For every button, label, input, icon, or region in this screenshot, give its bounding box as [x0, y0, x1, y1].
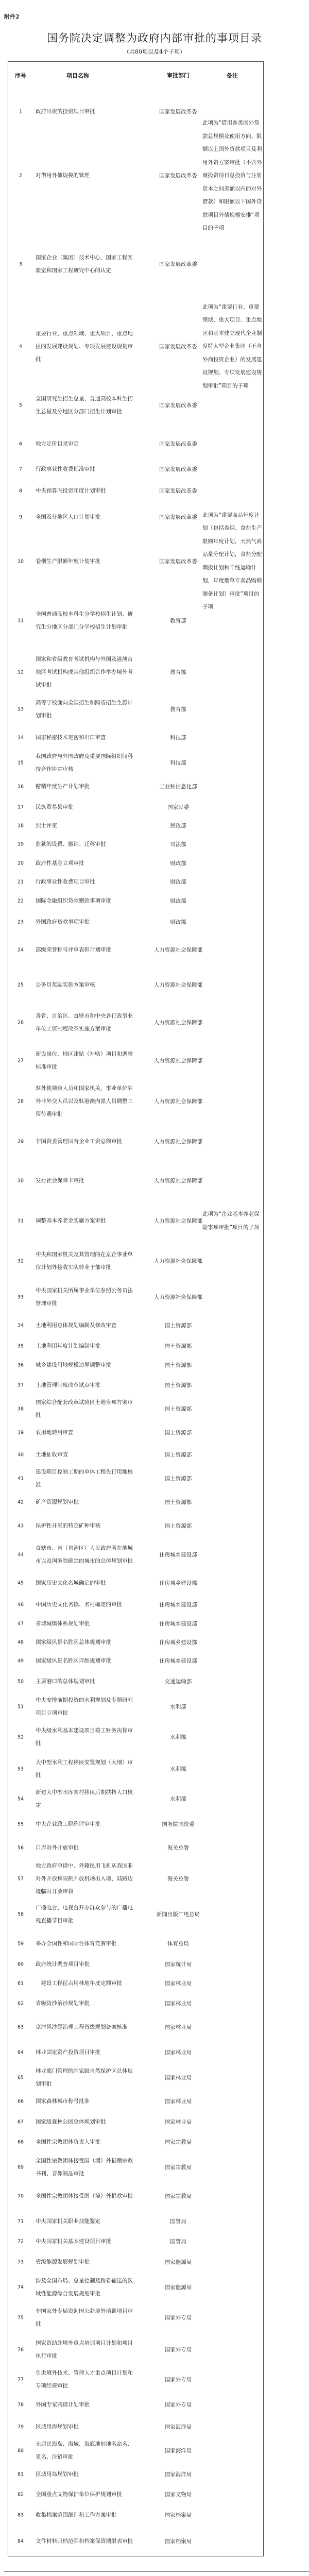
table-row: 72中央国家机关基本建设项目审批国管局	[8, 2232, 263, 2251]
table-row: 31调整基本养老金实施方案审批人力资源社会保障部此项为“企业基本养老保险事项审批…	[8, 1200, 263, 1242]
item-name: 国际金融组织贷款赠款事项审批	[36, 894, 136, 907]
table-row: 29非国资委管理国有企业工资总额审批人力资源社会保障部	[8, 1122, 263, 1161]
item-name: 文件材料归档范围和档案保管期限表审批	[36, 2535, 136, 2548]
approval-department: 司法部	[146, 835, 210, 854]
approval-department: 水利部	[146, 1698, 210, 1716]
approval-department: 住房城乡建设部	[146, 1633, 210, 1652]
table-row: 69全国性宗教团体接受国（境）外捐赠宗教书刊、音像制品审批国家宗教局	[8, 2154, 263, 2182]
row-number: 57	[8, 1873, 33, 1886]
row-number: 36	[8, 1359, 33, 1371]
item-name: 新设岗位、地区津贴（补贴）项目和调整标准审批	[36, 1048, 136, 1074]
item-name: 大中型水利工程移民安置规划（大纲）审批	[36, 1756, 136, 1782]
item-name: 糖精年度生产计划审批	[36, 781, 136, 793]
item-name: 政府统计调查项目审批	[36, 1958, 136, 1971]
row-number: 34	[8, 1319, 33, 1332]
table-row: 10卷烟生产限额年度计划审批国家发展改革委此项为“重要商品年度计划（包括卷烟、食…	[8, 532, 263, 590]
item-name: 国家秘密技术定密和出口审查	[36, 732, 136, 744]
table-row: 61 建设工程征占用林地年度定额审批国家林业局	[8, 1974, 263, 1993]
table-row: 63京津风沙源治理工程省级规划备案核准国家林业局	[8, 2015, 263, 2040]
table-row: 8中央预算内投资年度计划审批国家发展改革委	[8, 480, 263, 502]
row-number: 58	[8, 1908, 33, 1921]
item-name: 国家级森林公园总体规划审批	[36, 2115, 136, 2128]
item-name: 林业部门管理的国家级自然保护区总体规划审批	[36, 2065, 136, 2091]
approval-department: 国土资源部	[146, 1316, 210, 1335]
table-row: 3国家企业（集团）技术中心、国家工程实验室和国家工程研究中心的认定国家发展改革委	[8, 218, 263, 312]
approval-department: 海关总署	[146, 1839, 210, 1857]
row-number: 28	[8, 1095, 33, 1108]
item-name: 中央预算内投资年度计划审批	[36, 485, 136, 498]
row-number: 51	[8, 1701, 33, 1714]
item-name: 民族贸易县审批	[36, 801, 136, 814]
header-name: 项目名称	[44, 70, 111, 82]
item-name: 中央企业政工职称评审审批	[36, 1818, 136, 1831]
approval-department: 国管局	[146, 2212, 210, 2231]
item-remark: 此项为“重要行业、重要领域、重大项目、重点地区和基本建立现代企业制度特大型企业集…	[202, 300, 262, 393]
table-row: 68全国性宗教团体负责人审批国家宗教局	[8, 2131, 263, 2154]
approval-department: 住房城乡建设部	[146, 1615, 210, 1633]
table-row: 47省域城镇体系规划审批住房城乡建设部	[8, 1615, 263, 1634]
approval-department: 国土资源部	[146, 1423, 210, 1442]
item-name: 土地利用年度计划编制审批	[36, 1340, 136, 1353]
item-name: 非国资委管理国有企业工资总额审批	[36, 1136, 136, 1148]
approval-department: 国家发展改革委	[146, 337, 210, 356]
item-name: 国家企业（集团）技术中心、国家工程实验室和国家工程研究中心的认定	[36, 251, 136, 277]
row-number: 10	[8, 555, 33, 568]
table-row: 35土地利用年度计划编制审批国土资源部	[8, 1337, 263, 1356]
row-number: 82	[8, 2488, 33, 2501]
table-row: 2对借用外债规模的管理国家发展改革委此项为“借用各类国外贷款总规模及使用方向、限…	[8, 134, 263, 218]
item-name: 国家历史文化名城确定的审批	[36, 1577, 136, 1589]
approval-department: 科技部	[146, 728, 210, 747]
approval-department: 新闻出版广电总局	[146, 1905, 210, 1924]
row-number: 66	[8, 2095, 33, 2108]
item-name: 地方政府申请中、外籍民用飞机从我国非对外开放和限制开放机场出入境、陆路边境临时开…	[36, 1860, 136, 1899]
item-name: 外国专家聘请计划审批	[36, 2399, 136, 2412]
item-name: 全国重点文物保护单位保护规划审批	[36, 2488, 136, 2501]
approval-department: 财政部	[146, 854, 210, 873]
table-row: 58广播电台、电视台开办群众参与的广播电视直播节目审批新闻出版广电总局	[8, 1897, 263, 1933]
row-number: 69	[8, 2161, 33, 2174]
table-row: 79区域用海规划审批国家海洋局	[8, 2416, 263, 2438]
table-row: 55中央企业政工职称评审审批国务院国资委	[8, 1814, 263, 1836]
row-number: 42	[8, 1496, 33, 1509]
table-row: 33中央国家机关所属事业单位参照公务员法管理审批人力资源社会保障部	[8, 1281, 263, 1314]
item-name: 全国普通高校本科生分学校招生计划、研究生分地区分部门分学校招生计划审批	[36, 608, 136, 634]
approval-department: 人力资源社会保障部	[146, 1052, 210, 1070]
approval-department: 教育部	[146, 612, 210, 630]
approval-department: 国家发展改革委	[146, 103, 210, 121]
table-row: 80无居民海岛、海域、海底地形地名命名、更名、注销审批国家海洋局	[8, 2438, 263, 2464]
item-name: 全国性宗教团体负责人审批	[36, 2136, 136, 2149]
approval-department: 水利部	[146, 1760, 210, 1778]
item-name: 区域用岛规划审批	[36, 2468, 136, 2481]
table-row: 71中央国家机关职业技能鉴定国管局	[8, 2211, 263, 2233]
item-name: 重要行业、重点领域、重大项目、重点地区的发展建设规划、专项发展建设规划审批	[36, 327, 136, 366]
row-number: 35	[8, 1340, 33, 1353]
row-number: 83	[8, 2509, 33, 2522]
page-title: 国务院决定调整为政府内部审批的事项目录	[0, 30, 309, 45]
row-number: 13	[8, 703, 33, 716]
approval-department: 国家外专局	[146, 2341, 210, 2359]
table-row: 17民族贸易县审批国家民委	[8, 798, 263, 817]
approval-department: 国家林业局	[146, 1994, 210, 2013]
approval-department: 体育总局	[146, 1935, 210, 1953]
approval-department: 国土资源部	[146, 1517, 210, 1535]
row-number: 71	[8, 2215, 33, 2228]
approval-department: 国家林业局	[146, 2043, 210, 2062]
approval-department: 国家海洋局	[146, 2465, 210, 2484]
item-name: 全国性宗教团体接受国（境）外捐赠宗教书刊、音像制品审批	[36, 2155, 136, 2180]
table-row: 59举办全国性和国际性体育竞赛审批体育总局	[8, 1932, 263, 1955]
table-row: 34土地利用总体规划编制及修改审查国土资源部	[8, 1314, 263, 1337]
item-name: 部级荣誉称号评审表彰计划审批	[36, 943, 136, 956]
row-number: 74	[8, 2281, 33, 2294]
approval-department: 国家发展改革委	[146, 482, 210, 500]
approval-department: 财政部	[146, 892, 210, 910]
item-name: 口岸对外开放审批	[36, 1842, 136, 1855]
item-name: 国家级风景名胜区总体规划审批	[36, 1636, 136, 1649]
table-row: 5全国研究生招生总量、普通高校本科生招生总量及分地区分部门招生计划审批国家发展改…	[8, 382, 263, 430]
approval-department: 国家外专局	[146, 2370, 210, 2389]
table-row: 48国家级风景名胜区总体规划审批住房城乡建设部	[8, 1633, 263, 1652]
table-row: 25公务员奖励实施方案审核人力资源社会保障部	[8, 967, 263, 1004]
table-row: 4重要行业、重点领域、重大项目、重点地区的发展建设规划、专项发展建设规划审批国家…	[8, 311, 263, 382]
item-name: 调整基本养老金实施方案审批	[36, 1215, 136, 1228]
item-name: 矿产资源规划审批	[36, 1496, 136, 1509]
table-row: 44直辖市、省（自治区）人民政府所在地城市以及国务院确定的城市的总体规划审批住房…	[8, 1539, 263, 1571]
item-name: 涉及全国布局、总量控制及跨省输送的区域性能源综合发展规划审批	[36, 2275, 136, 2300]
row-number: 8	[8, 485, 33, 498]
row-number: 18	[8, 820, 33, 833]
approval-department: 教育部	[146, 700, 210, 719]
table-row: 14国家秘密技术定密和出口审查科技部	[8, 725, 263, 751]
approval-department: 交通运输部	[146, 1672, 210, 1691]
table-row: 7行政事业性收费标准审批国家发展改革委	[8, 459, 263, 480]
item-name: 国家资助赴境外重点培训项目计划和项目执行审批	[36, 2337, 136, 2363]
table-row: 67国家级森林公园总体规划审批国家林业局	[8, 2113, 263, 2132]
approval-department: 国土资源部	[146, 1356, 210, 1375]
table-row: 65林业部门管理的国家级自然保护区总体规划审批国家林业局	[8, 2065, 263, 2091]
row-number: 55	[8, 1818, 33, 1831]
item-name: 中央国家机关基本建设项目审批	[36, 2235, 136, 2248]
approval-department: 教育部	[146, 663, 210, 682]
item-name: 建设项目控制工期的单体工程先行用地核准	[36, 1466, 136, 1492]
row-number: 4	[8, 340, 33, 353]
row-number: 70	[8, 2190, 33, 2202]
approval-department: 国家林业局	[146, 2113, 210, 2131]
approval-department: 国家宗教局	[146, 2133, 210, 2151]
item-name: 中央级水利基本建设项目竣工财务决算审批	[36, 1724, 136, 1750]
approval-department: 人力资源社会保障部	[146, 1092, 210, 1111]
approval-department: 国土资源部	[146, 1469, 210, 1488]
item-name: 政府出资的投资项目审批	[36, 106, 136, 118]
approval-department: 民政部	[146, 817, 210, 835]
table-row: 46中国历史文化名镇、名村确定的审批住房城乡建设部	[8, 1596, 263, 1615]
table-row: 20政府性基金立项审批财政部	[8, 854, 263, 873]
row-number: 25	[8, 979, 33, 992]
row-number: 21	[8, 876, 33, 889]
approval-department: 人力资源社会保障部	[146, 1252, 210, 1270]
item-name: 收集档案范围细则和工作方案审批	[36, 2509, 136, 2522]
row-number: 26	[8, 1016, 33, 1029]
item-name: 省域城镇体系规划审批	[36, 1617, 136, 1630]
table-row: 24部级荣誉称号评审表彰计划审批人力资源社会保障部	[8, 934, 263, 967]
row-number: 32	[8, 1255, 33, 1268]
table-row: 40土地征收审查国土资源部	[8, 1444, 263, 1466]
table-row: 50主要港口的总体规划审批交通运输部	[8, 1671, 263, 1693]
approval-department: 国家林业局	[146, 2018, 210, 2037]
approval-department: 工业和信息化部	[146, 777, 210, 796]
row-number: 6	[8, 437, 33, 450]
approval-department: 国务院国资委	[146, 1815, 210, 1834]
approval-department: 国土资源部	[146, 1337, 210, 1355]
approval-department: 国土资源部	[146, 1400, 210, 1418]
approval-items-table: 序号 项目名称 审批部门 备注 1政府出资的投资项目审批国家发展改革委2对借用外…	[8, 61, 264, 2556]
approval-department: 住房城乡建设部	[146, 1546, 210, 1564]
row-number: 16	[8, 781, 33, 793]
item-name: 中央和国家机关及其管理的在京企事业单位计划外接收军队转业干部审批	[36, 1248, 136, 1274]
row-number: 46	[8, 1599, 33, 1612]
table-row: 22国际金融组织贷款赠款事项审批财政部	[8, 892, 263, 911]
table-row: 26各省、自治区、直辖市和中央各行政事业单位工资制度改革实施方案审批人力资源社会…	[8, 1004, 263, 1042]
table-row: 43保护性开采的特定矿种审核国土资源部	[8, 1513, 263, 1539]
row-number: 5	[8, 399, 33, 412]
approval-department: 国家发展改革委	[146, 460, 210, 479]
table-row: 23外国政府贷款事项审批财政部	[8, 910, 263, 934]
row-number: 23	[8, 916, 33, 928]
approval-department: 国家发展改革委	[146, 255, 210, 274]
approval-department: 人力资源社会保障部	[146, 1172, 210, 1190]
approval-department: 水利部	[146, 1790, 210, 1808]
approval-department: 住房城乡建设部	[146, 1574, 210, 1592]
item-name: 国家级风景名胜区详细规划审批	[36, 1655, 136, 1668]
table-row: 75非国家外专局资助因公赴境外培训项目审批国家外专局	[8, 2302, 263, 2334]
item-name: 发行社会保障卡审批	[36, 1175, 136, 1188]
table-row: 60政府统计调查项目审批国家统计局	[8, 1955, 263, 1974]
row-number: 40	[8, 1449, 33, 1462]
item-name: 中央安排前期投资的水利规划及专题研究项目立项审批	[36, 1694, 136, 1720]
item-name: 中央国家机关职业技能鉴定	[36, 2215, 136, 2228]
table-row: 15我国政府与外国政府及重要国际组织间科技合作协定审核科技部	[8, 751, 263, 776]
table-row: 51中央安排前期投资的水利规划及专题研究项目立项审批水利部	[8, 1693, 263, 1722]
table-row: 11全国普通高校本科生分学校招生计划、研究生分地区分部门分学校招生计划审批教育部	[8, 590, 263, 652]
row-number: 80	[8, 2445, 33, 2458]
row-number: 30	[8, 1175, 33, 1188]
approval-department: 住房城乡建设部	[146, 1596, 210, 1614]
row-number: 33	[8, 1291, 33, 1304]
item-name: 非国家外专局资助因公赴境外培训项目审批	[36, 2305, 136, 2331]
table-row: 36城乡建设用地规模边界调整审批国土资源部	[8, 1356, 263, 1375]
row-number: 76	[8, 2343, 33, 2356]
row-number: 79	[8, 2421, 33, 2434]
row-number: 45	[8, 1577, 33, 1589]
table-row: 52中央级水利基本建设项目竣工财务决算审批水利部	[8, 1721, 263, 1753]
item-name: 引进境外技术、管理人才重点项目计划和专项经费审批	[36, 2367, 136, 2393]
table-row: 13高等学校面向全国招生和跨省招生生源计划审批教育部	[8, 693, 263, 725]
approval-department: 人力资源社会保障部	[146, 1013, 210, 1032]
item-name: 林业固定资产投资项目审批	[36, 2046, 136, 2059]
item-name: 全国研究生招生总量、普通高校本科生招生总量及分地区分部门招生计划审批	[36, 393, 136, 418]
item-name: 卷烟生产限额年度计划审批	[36, 555, 136, 568]
item-name: 土地利用总体规划编制及修改审查	[36, 1319, 136, 1332]
approval-department: 国家发展改革委	[146, 435, 210, 453]
table-row: 84文件材料归档范围和档案保管期限表审批国家档案局	[8, 2527, 263, 2557]
approval-department: 国家宗教局	[146, 2187, 210, 2206]
row-number: 68	[8, 2136, 33, 2149]
approval-department: 人力资源社会保障部	[146, 1288, 210, 1307]
row-number: 78	[8, 2399, 33, 2412]
table-row: 30发行社会保障卡审批人力资源社会保障部	[8, 1161, 263, 1200]
row-number: 81	[8, 2468, 33, 2481]
approval-department: 国家发展改革委	[146, 552, 210, 571]
item-name: 烈士评定	[36, 820, 136, 833]
table-row: 82全国重点文物保护单位保护规划审批国家文物局	[8, 2485, 263, 2504]
table-row: 70全国性宗教团体接受国（境）外捐款审批国家宗教局	[8, 2182, 263, 2211]
header-no: 序号	[8, 70, 33, 82]
item-name: 政府性基金立项审批	[36, 857, 136, 870]
row-number: 2	[8, 170, 33, 182]
item-name: 保护性开采的特定矿种审核	[36, 1519, 136, 1532]
approval-department: 科技部	[146, 754, 210, 772]
row-number: 61	[8, 1977, 33, 1990]
row-number: 24	[8, 943, 33, 956]
item-name: 地方定价目录审定	[36, 437, 136, 450]
row-number: 1	[8, 106, 33, 118]
row-number: 39	[8, 1427, 33, 1439]
item-name: 广播电台、电视台开办群众参与的广播电视直播节目审批	[36, 1902, 136, 1927]
table-row: 81区域用岛规划审批国家海洋局	[8, 2464, 263, 2486]
item-name: 国家森林城市称号批准	[36, 2095, 136, 2108]
approval-department: 国家档案局	[146, 2532, 210, 2551]
row-number: 73	[8, 2256, 33, 2269]
table-row: 77引进境外技术、管理人才重点项目计划和专项经费审批国家外专局	[8, 2366, 263, 2394]
table-row: 62省级防沙治沙规划审批国家林业局	[8, 1993, 263, 2015]
row-number: 47	[8, 1617, 33, 1630]
row-number: 19	[8, 838, 33, 851]
row-number: 65	[8, 2072, 33, 2084]
item-name: 监狱的设置、撤销、迁移审批	[36, 838, 136, 851]
row-number: 31	[8, 1215, 33, 1228]
bottom-divider	[4, 2571, 309, 2572]
item-name: 城乡建设用地规模边界调整审批	[36, 1359, 136, 1371]
item-name: 驻外使领馆人员和国家机关、事业单位驻外非外交人员以及驻港澳内派人员调整工资待遇审…	[36, 1082, 136, 1121]
item-name: 对借用外债规模的管理	[36, 170, 136, 182]
row-number: 72	[8, 2235, 33, 2248]
table-row: 83收集档案范围细则和工作方案审批国家档案局	[8, 2504, 263, 2527]
approval-department: 国家文物局	[146, 2485, 210, 2504]
table-row: 19监狱的设置、撤销、迁移审批司法部	[8, 835, 263, 854]
table-row: 49国家级风景名胜区详细规划审批住房城乡建设部	[8, 1652, 263, 1671]
row-number: 43	[8, 1519, 33, 1532]
item-name: 土地管理制度改革试点审批	[36, 1379, 136, 1392]
table-row: 28驻外使领馆人员和国家机关、事业单位驻外非外交人员以及驻港澳内派人员调整工资待…	[8, 1081, 263, 1123]
row-number: 14	[8, 732, 33, 744]
approval-department: 国家统计局	[146, 1955, 210, 1974]
item-remark: 此项为“企业基本养老保险事项审批”项目的子项	[202, 1208, 262, 1234]
approval-department: 国家民委	[146, 798, 210, 817]
row-number: 50	[8, 1675, 33, 1688]
approval-department: 国土资源部	[146, 1446, 210, 1464]
approval-department: 国家发展改革委	[146, 396, 210, 415]
table-row: 21行政事业性收费项目审批财政部	[8, 873, 263, 892]
row-number: 29	[8, 1136, 33, 1148]
table-row: 76国家资助赴境外重点培训项目计划和项目执行审批国家外专局	[8, 2334, 263, 2366]
table-header-row: 序号 项目名称 审批部门 备注	[8, 62, 263, 90]
item-name: 直辖市、省（自治区）人民政府所在地城市以及国务院确定的城市的总体规划审批	[36, 1542, 136, 1568]
item-name: 农用地转用审查	[36, 1427, 136, 1439]
row-number: 67	[8, 2115, 33, 2128]
table-row: 41建设项目控制工期的单体工程先行用地核准国土资源部	[8, 1466, 263, 1492]
approval-department: 财政部	[146, 913, 210, 931]
item-name: 省级能源发展规划审批	[36, 2256, 136, 2269]
table-row: 42矿产资源规划审批国土资源部	[8, 1492, 263, 1514]
item-name: 外国政府贷款事项审批	[36, 916, 136, 928]
approval-department: 国土资源部	[146, 1493, 210, 1512]
item-name: 国家综合配套改革试验区土地专项方案审批	[36, 1396, 136, 1422]
row-number: 22	[8, 894, 33, 907]
table-row: 38国家综合配套改革试验区土地专项方案审批国土资源部	[8, 1397, 263, 1422]
row-number: 7	[8, 463, 33, 476]
item-name: 全国及分地区人口计划审批	[36, 511, 136, 523]
approval-department: 国管局	[146, 2232, 210, 2251]
item-name: 中央国家机关所属事业单位参照公务员法管理审批	[36, 1284, 136, 1310]
approval-department: 国家宗教局	[146, 2158, 210, 2177]
table-row: 56口岸对外开放审批海关总署	[8, 1836, 263, 1861]
approval-department: 国家发展改革委	[146, 166, 210, 185]
item-name: 区域用海规划审批	[36, 2421, 136, 2434]
table-row: 37土地管理制度改革试点审批国土资源部	[8, 1375, 263, 1397]
page-subtitle: （共80项以及4个子项）	[0, 47, 309, 56]
item-name: 国家和省级教育考试机构与外国及港澳台地区考试机构或其他组织合作举办境外考试审批	[36, 653, 136, 692]
table-row: 32中央和国家机关及其管理的在京企事业单位计划外接收军队转业干部审批人力资源社会…	[8, 1242, 263, 1281]
row-number: 75	[8, 2311, 33, 2324]
approval-department: 国家外专局	[146, 2396, 210, 2414]
approval-department: 水利部	[146, 1728, 210, 1747]
row-number: 84	[8, 2535, 33, 2548]
item-name: 我国政府与外国政府及重要国际组织间科技合作协定审核	[36, 750, 136, 776]
item-name: 行政事业性收费标准审批	[36, 463, 136, 476]
row-number: 44	[8, 1548, 33, 1561]
item-name: 新建大中型水库农村移民后期扶持人口核定	[36, 1786, 136, 1812]
approval-department: 海关总署	[146, 1870, 210, 1888]
row-number: 3	[8, 258, 33, 271]
row-number: 37	[8, 1379, 33, 1392]
approval-department: 财政部	[146, 873, 210, 891]
row-number: 15	[8, 757, 33, 770]
table-row: 78外国专家聘请计划审批国家外专局	[8, 2394, 263, 2416]
item-name: 高等学校面向全国招生和跨省招生生源计划审批	[36, 697, 136, 722]
row-number: 11	[8, 615, 33, 628]
row-number: 52	[8, 1731, 33, 1744]
attachment-label: 附件2	[4, 12, 20, 21]
approval-department: 国家能源局	[146, 2253, 210, 2272]
item-name: 建设工程征占用林地年度定额审批	[36, 1977, 136, 1990]
row-number: 64	[8, 2046, 33, 2059]
approval-department: 国家档案局	[146, 2506, 210, 2524]
approval-department: 国家海洋局	[146, 2442, 210, 2460]
row-number: 17	[8, 801, 33, 814]
item-name: 无居民海岛、海域、海底地形地名命名、更名、注销审批	[36, 2438, 136, 2464]
row-number: 63	[8, 2021, 33, 2034]
approval-department: 国土资源部	[146, 1376, 210, 1395]
row-number: 56	[8, 1842, 33, 1855]
approval-department: 国家发展改革委	[146, 508, 210, 527]
approval-department: 人力资源社会保障部	[146, 1212, 210, 1230]
table-row: 66国家森林城市称号批准国家林业局	[8, 2091, 263, 2113]
row-number: 48	[8, 1636, 33, 1649]
table-row: 45国家历史文化名城确定的审批住房城乡建设部	[8, 1571, 263, 1596]
row-number: 59	[8, 1937, 33, 1950]
